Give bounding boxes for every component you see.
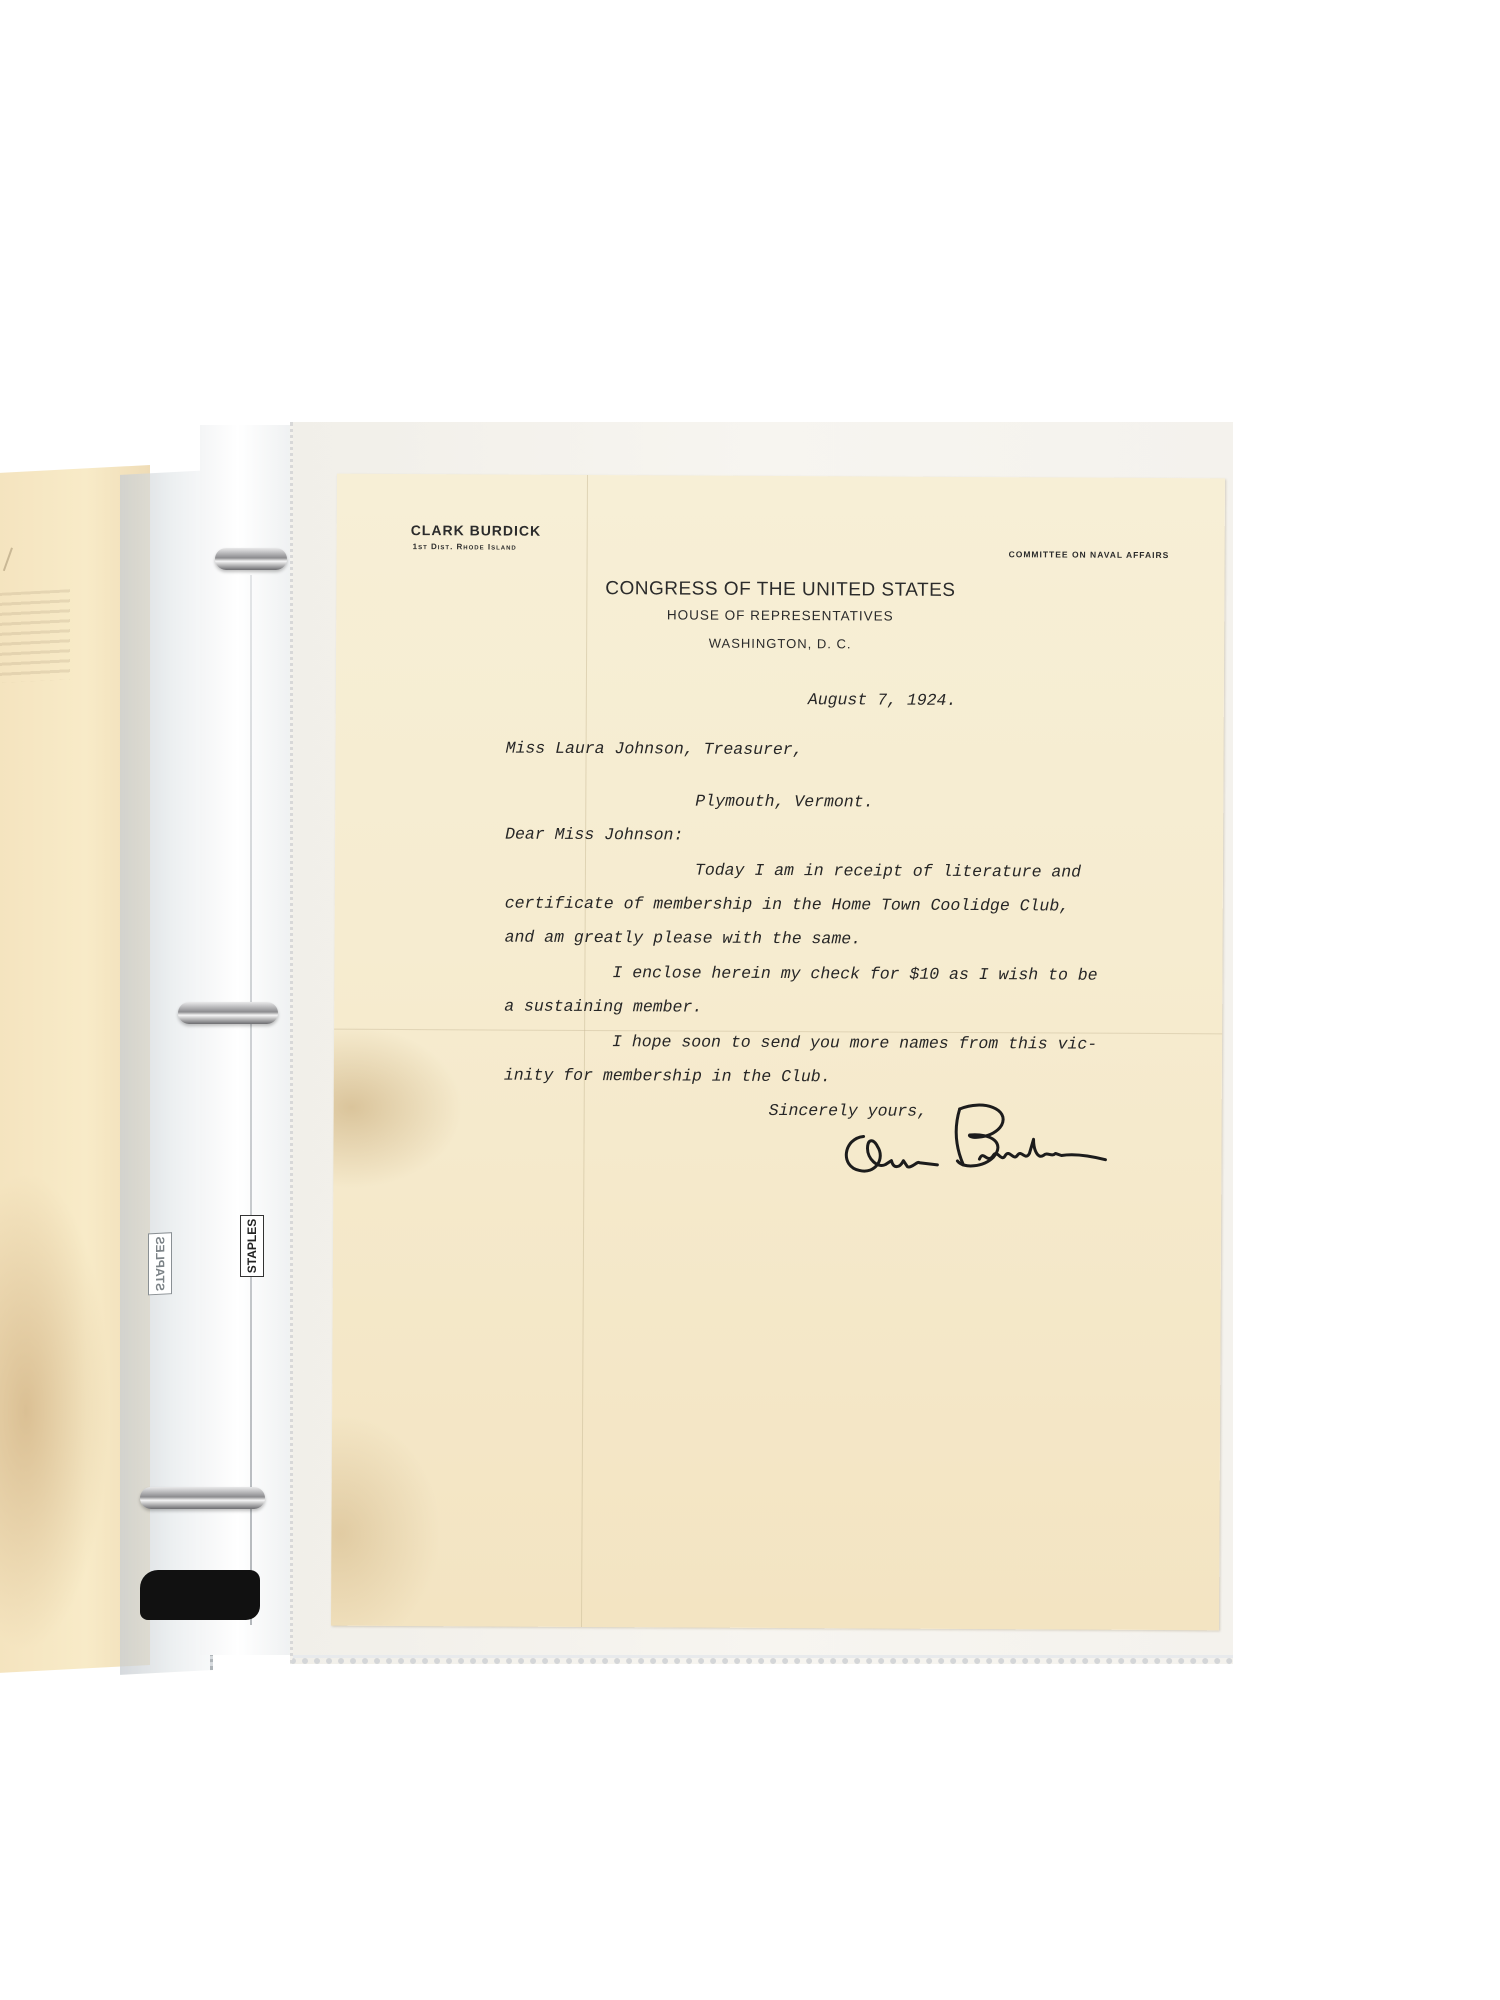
faint-bleedthrough-text (0, 589, 70, 683)
binder-spine: STAPLES (200, 425, 295, 1655)
brand-text: STAPLES (153, 1236, 167, 1291)
brand-text: STAPLES (245, 1219, 259, 1273)
pencil-mark (3, 548, 41, 580)
body-line: certificate of membership in the Home To… (505, 894, 1069, 916)
letterhead-chamber: HOUSE OF REPRESENTATIVES (336, 606, 1224, 626)
body-line: Today I am in receipt of literature and (695, 861, 1081, 882)
binder-ring-mechanism (140, 1570, 260, 1620)
body-line: and am greatly please with the same. (505, 928, 862, 949)
body-line: I hope soon to send you more names from … (612, 1032, 1097, 1054)
letterhead-sender-district: 1st Dist. Rhode Island (413, 542, 517, 552)
letterhead-location: WASHINGTON, D. C. (336, 634, 1224, 654)
staples-label-mirrored: STAPLES (148, 1232, 172, 1295)
recipient-line-1: Miss Laura Johnson, Treasurer, (506, 739, 803, 760)
binder-ring-top[interactable] (215, 548, 287, 570)
letterhead-committee: COMMITTEE ON NAVAL AFFAIRS (1009, 549, 1170, 560)
binder-ring-middle[interactable] (178, 1002, 278, 1024)
body-line: I enclose herein my check for $10 as I w… (612, 963, 1097, 985)
binder-ring-bar (250, 575, 252, 1625)
body-line: a sustaining member. (504, 997, 702, 1017)
staples-label: STAPLES (240, 1215, 264, 1277)
handwritten-signature (833, 1098, 1163, 1190)
binder-ring-bottom[interactable] (140, 1487, 265, 1509)
body-line: inity for membership in the Club. (504, 1066, 831, 1087)
letterhead-institution: CONGRESS OF THE UNITED STATES (336, 577, 1224, 604)
paper-stain (0, 1167, 110, 1653)
recipient-line-2: Plymouth, Vermont. (695, 792, 873, 812)
letterhead-sender-name: CLARK BURDICK (411, 522, 542, 539)
salutation: Dear Miss Johnson: (505, 825, 683, 845)
letter-document: CLARK BURDICK 1st Dist. Rhode Island COM… (331, 474, 1225, 1631)
letter-date: August 7, 1924. (808, 690, 957, 710)
